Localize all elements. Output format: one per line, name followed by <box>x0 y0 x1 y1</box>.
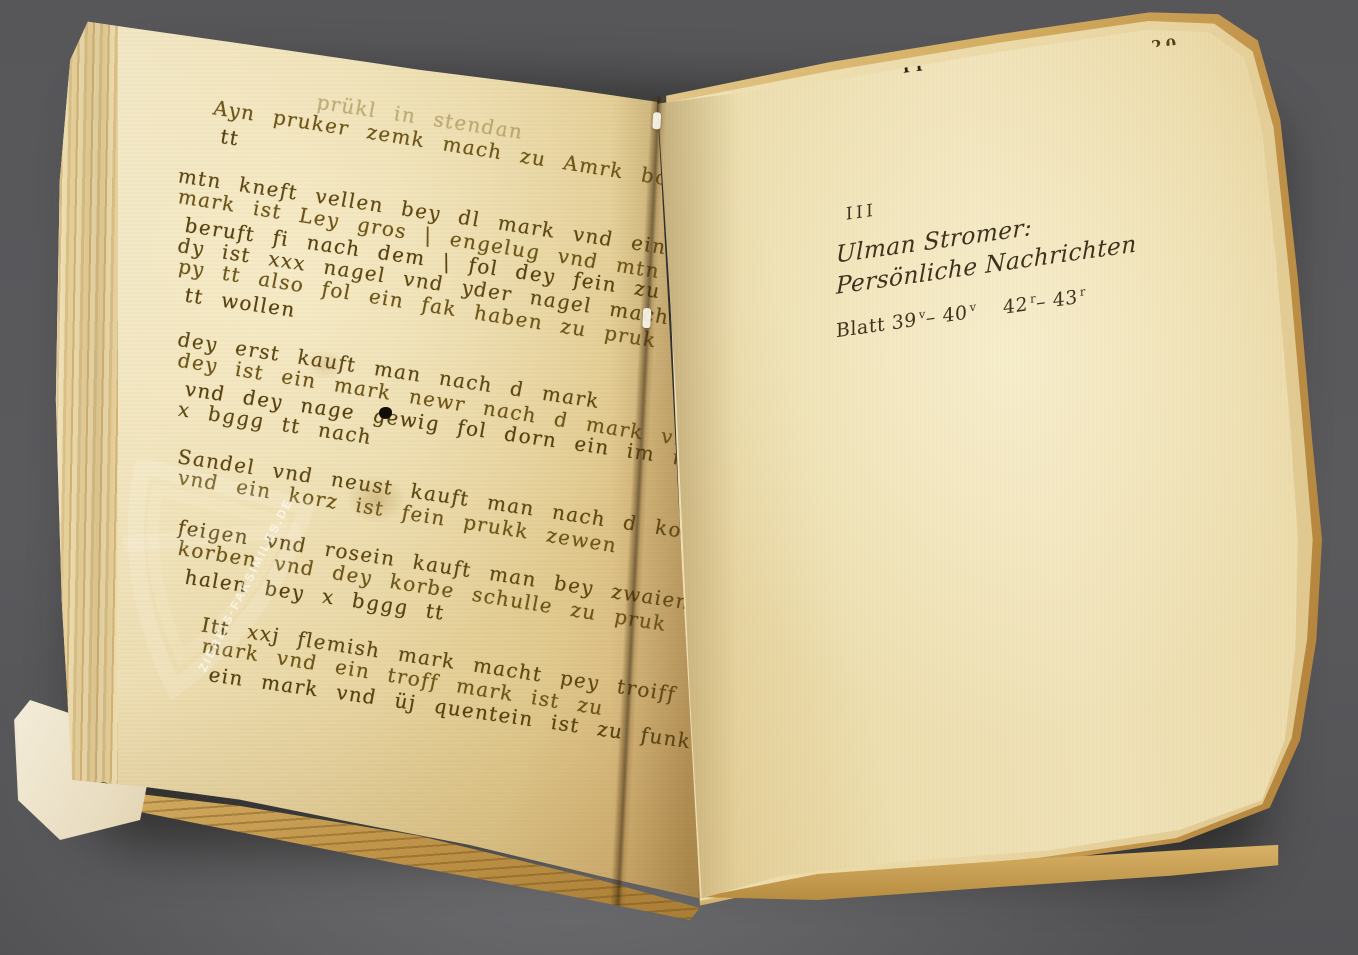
binding-stitch <box>652 112 661 129</box>
binding-stitch <box>642 308 651 328</box>
blatt-refs: 39v– 40v 42r– 43r <box>892 285 1086 335</box>
handwriting-paragraph: Itt xxj flemish mark macht pey troiffmar… <box>202 613 738 762</box>
print-block: III Ulman Stromer:Persönliche Nachrichte… <box>836 160 1163 342</box>
blatt-ref: 43r <box>1053 285 1086 312</box>
book: prükl in stendanAyn pruker zemk mach zu … <box>0 0 1358 955</box>
right-page: III Ulman Stromer:Persönliche Nachrichte… <box>648 18 1338 910</box>
blatt-ref: 42r <box>1003 292 1036 319</box>
paper-stain <box>346 475 406 523</box>
blatt-ref: 40v <box>942 300 976 327</box>
left-page: prükl in stendanAyn pruker zemk mach zu … <box>50 20 702 910</box>
paper-stain <box>305 350 345 380</box>
photo-open-manuscript-book: prükl in stendanAyn pruker zemk mach zu … <box>0 0 1358 955</box>
blatt-label: Blatt <box>836 312 892 342</box>
fore-edge-left <box>50 20 118 794</box>
blatt-ref: 39v <box>892 307 926 334</box>
